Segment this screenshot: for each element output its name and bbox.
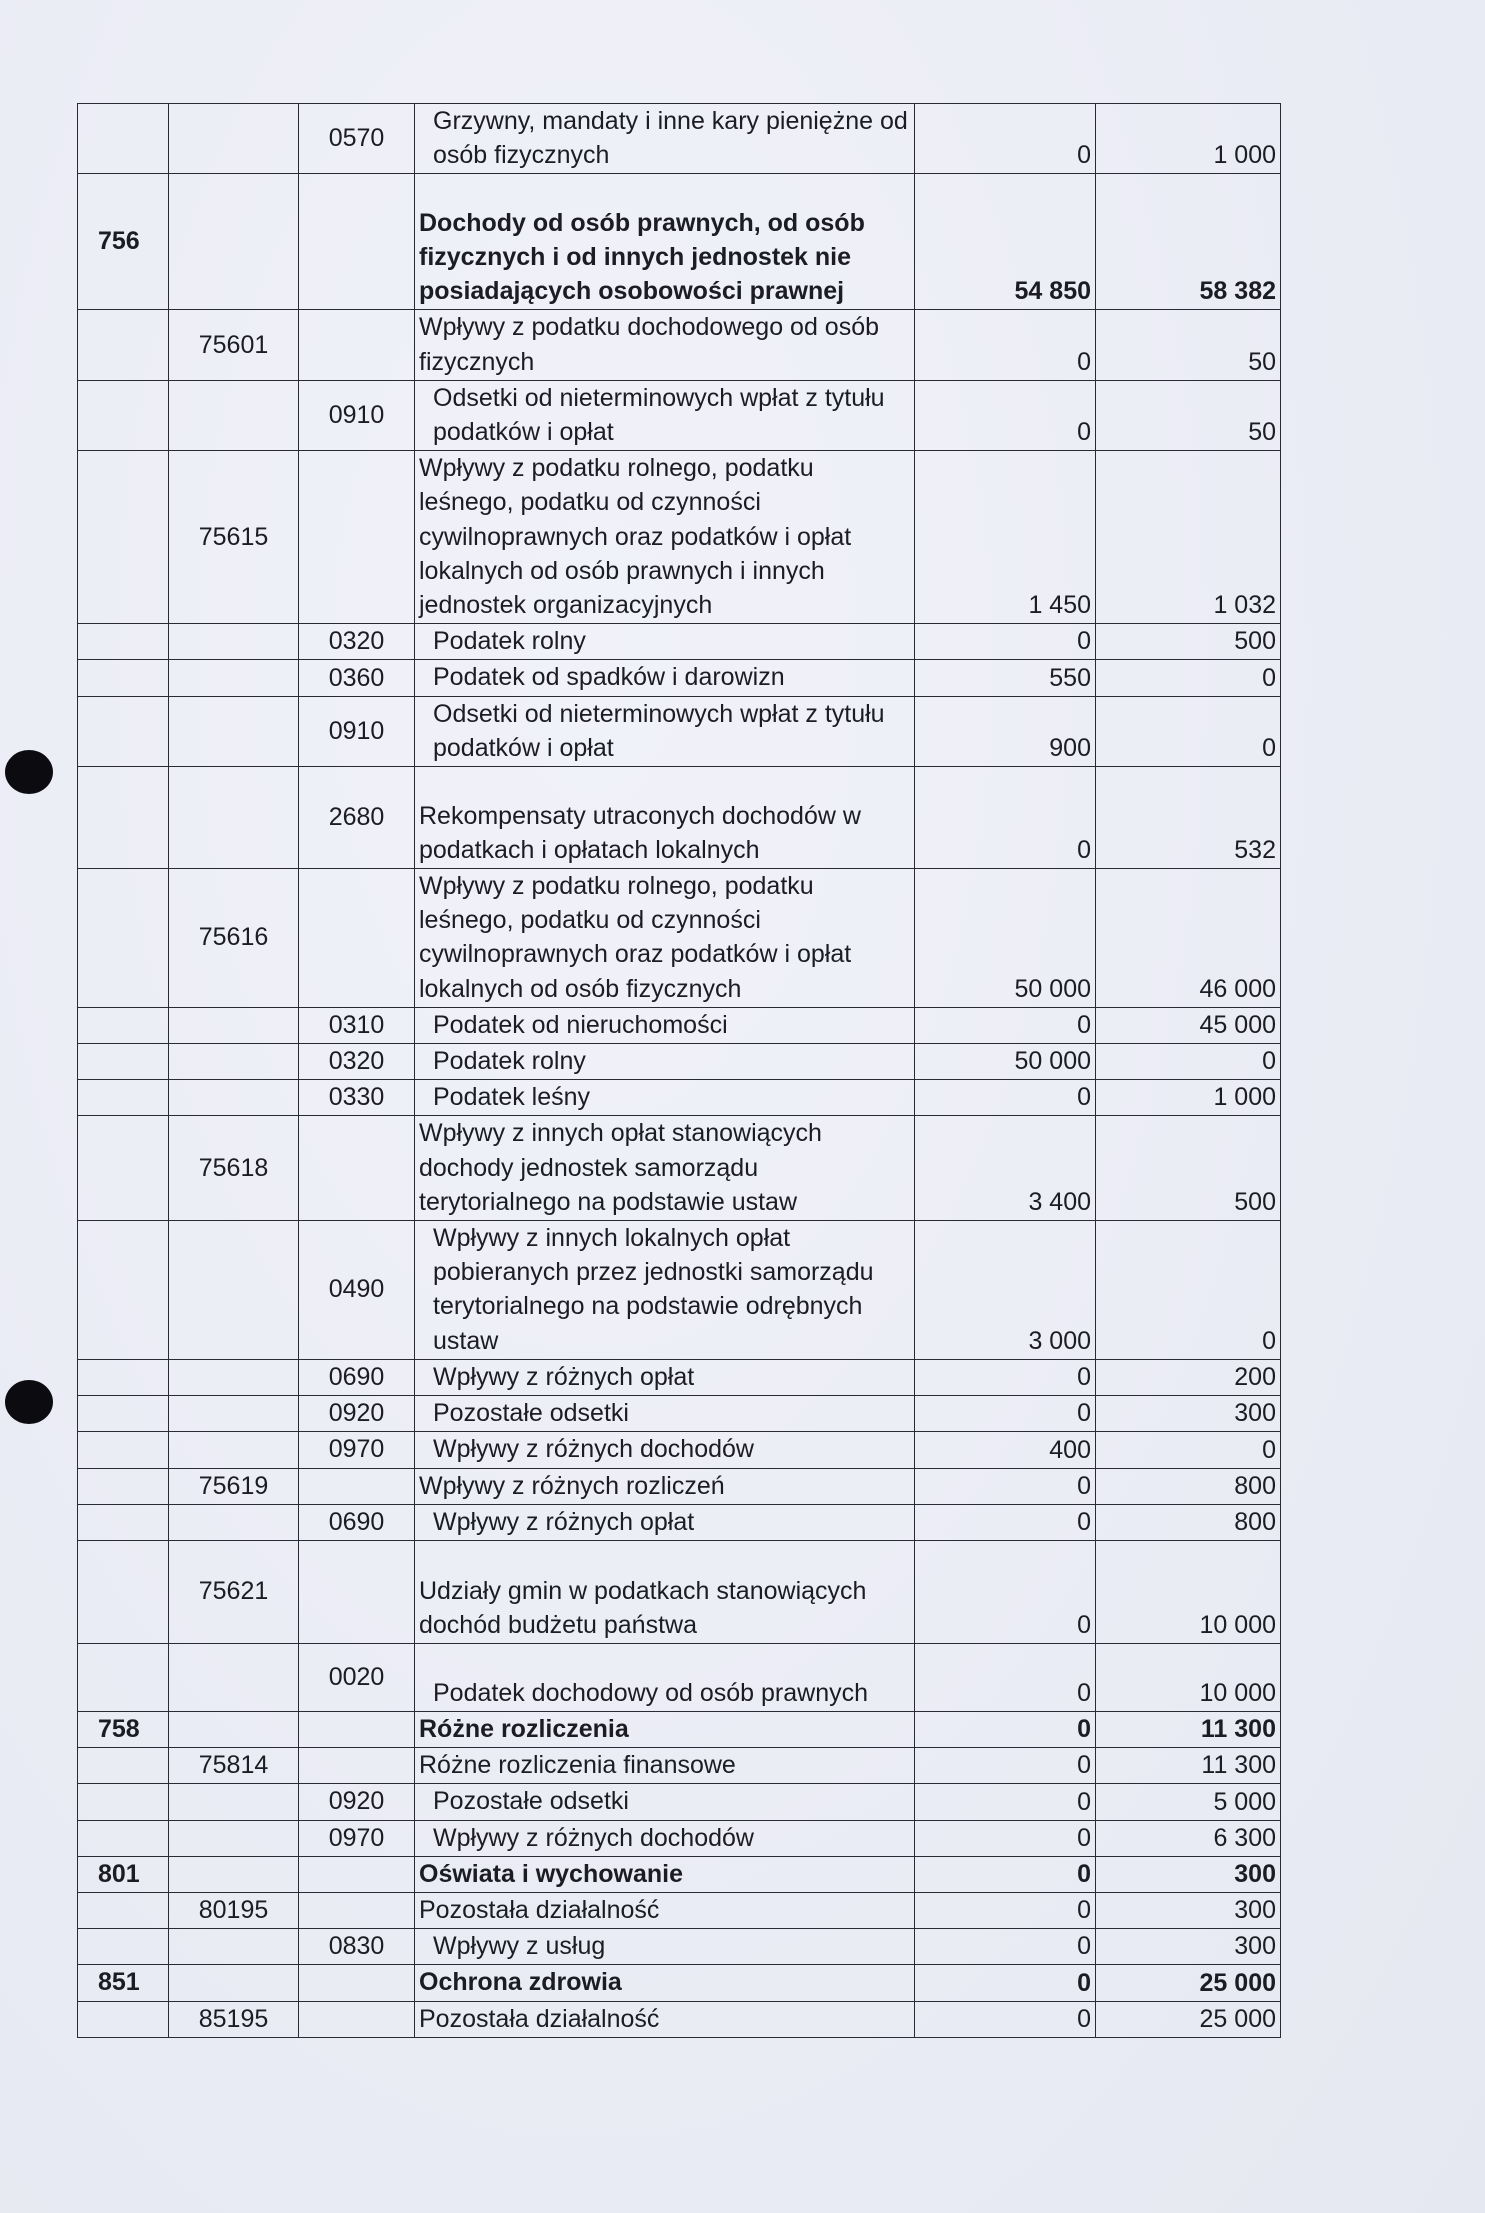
description-cell: Odsetki od nieterminowych wpłat z tytułu…: [415, 380, 915, 450]
table-row: 0830 Wpływy z usług 0 300: [78, 1929, 1281, 1965]
dzial-cell: [78, 1540, 169, 1643]
description-cell: Ochrona zdrowia: [415, 1965, 915, 2001]
description-cell: Wpływy z podatku rolnego, podatku leśneg…: [415, 869, 915, 1008]
rozdzial-cell: [169, 1820, 299, 1856]
paragraf-cell: 0570: [299, 104, 415, 174]
table-row: 75616 Wpływy z podatku rolnego, podatku …: [78, 869, 1281, 1008]
table-row: 0970 Wpływy z różnych dochodów 0 6 300: [78, 1820, 1281, 1856]
amount-increase-cell: 5 000: [1096, 1784, 1281, 1820]
amount-increase-cell: 25 000: [1096, 2001, 1281, 2037]
amount-increase-cell: 300: [1096, 1396, 1281, 1432]
rozdzial-cell: [169, 1221, 299, 1360]
paragraf-cell: 0310: [299, 1007, 415, 1043]
description-cell: Oświata i wychowanie: [415, 1856, 915, 1892]
amount-increase-cell: 11 300: [1096, 1748, 1281, 1784]
rozdzial-cell: [169, 1007, 299, 1043]
dzial-cell: [78, 1432, 169, 1468]
rozdzial-cell: 75619: [169, 1468, 299, 1504]
paragraf-cell: 0330: [299, 1080, 415, 1116]
amount-decrease-cell: 0: [915, 1784, 1096, 1820]
description-cell: Wpływy z innych opłat stanowiących docho…: [415, 1116, 915, 1221]
description-text: Udziały gmin w podatkach stanowiących do…: [419, 1577, 866, 1639]
dzial-cell: [78, 767, 169, 869]
dzial-cell: [78, 1007, 169, 1043]
table-row: 0910 Odsetki od nieterminowych wpłat z t…: [78, 380, 1281, 450]
description-cell: Podatek dochodowy od osób prawnych: [415, 1643, 915, 1711]
table-row: 0310 Podatek od nieruchomości 0 45 000: [78, 1007, 1281, 1043]
amount-increase-cell: 10 000: [1096, 1540, 1281, 1643]
dzial-cell: [78, 380, 169, 450]
paragraf-cell: [299, 1116, 415, 1221]
table-row: 75619 Wpływy z różnych rozliczeń 0 800: [78, 1468, 1281, 1504]
table-row: 851 Ochrona zdrowia 0 25 000: [78, 1965, 1281, 2001]
amount-decrease-cell: 0: [915, 2001, 1096, 2037]
description-cell: Różne rozliczenia finansowe: [415, 1748, 915, 1784]
description-cell: Podatek leśny: [415, 1080, 915, 1116]
paragraf-cell: 0360: [299, 660, 415, 696]
dzial-cell: [78, 624, 169, 660]
table-row: 2680 Rekompensaty utraconych dochodów w …: [78, 767, 1281, 869]
rozdzial-cell: [169, 624, 299, 660]
paragraf-cell: 0970: [299, 1432, 415, 1468]
table-row: 756 Dochody od osób prawnych, od osób fi…: [78, 174, 1281, 310]
dzial-cell: [78, 1396, 169, 1432]
rozdzial-cell: [169, 1044, 299, 1080]
amount-decrease-cell: 0: [915, 1965, 1096, 2001]
description-cell: Podatek od spadków i darowizn: [415, 660, 915, 696]
description-cell: Grzywny, mandaty i inne kary pieniężne o…: [415, 104, 915, 174]
dzial-cell: [78, 310, 169, 380]
description-cell: Podatek od nieruchomości: [415, 1007, 915, 1043]
description-text: Pozostała działalność: [419, 1896, 659, 1924]
dzial-cell: [78, 869, 169, 1008]
table-row: 0320 Podatek rolny 0 500: [78, 624, 1281, 660]
rozdzial-cell: [169, 1432, 299, 1468]
amount-increase-cell: 800: [1096, 1504, 1281, 1540]
dzial-cell: [78, 1116, 169, 1221]
amount-increase-cell: 25 000: [1096, 1965, 1281, 2001]
table-row: 0020 Podatek dochodowy od osób prawnych …: [78, 1643, 1281, 1711]
amount-increase-cell: 500: [1096, 624, 1281, 660]
paragraf-cell: [299, 2001, 415, 2037]
dzial-cell: [78, 1468, 169, 1504]
budget-revenue-table: 0570 Grzywny, mandaty i inne kary pienię…: [77, 103, 1281, 2038]
description-cell: Wpływy z różnych dochodów: [415, 1432, 915, 1468]
rozdzial-cell: [169, 1359, 299, 1395]
dzial-cell: [78, 2001, 169, 2037]
amount-decrease-cell: 0: [915, 1856, 1096, 1892]
description-text: Pozostałe odsetki: [419, 1396, 629, 1430]
amount-decrease-cell: 3 400: [915, 1116, 1096, 1221]
rozdzial-cell: [169, 1643, 299, 1711]
rozdzial-cell: 75618: [169, 1116, 299, 1221]
paragraf-cell: 0690: [299, 1359, 415, 1395]
description-text: Odsetki od nieterminowych wpłat z tytułu…: [419, 697, 910, 765]
amount-increase-cell: 0: [1096, 660, 1281, 696]
table-body: 0570 Grzywny, mandaty i inne kary pienię…: [78, 104, 1281, 2038]
amount-increase-cell: 300: [1096, 1892, 1281, 1928]
amount-decrease-cell: 1 450: [915, 451, 1096, 624]
paragraf-cell: 0910: [299, 696, 415, 766]
dzial-cell: [78, 660, 169, 696]
dzial-cell: [78, 1504, 169, 1540]
description-text: Wpływy z różnych dochodów: [419, 1821, 754, 1855]
punch-hole-top: [5, 750, 53, 794]
description-text: Odsetki od nieterminowych wpłat z tytułu…: [419, 381, 910, 449]
amount-decrease-cell: 0: [915, 1468, 1096, 1504]
description-text: Wpływy z różnych rozliczeń: [419, 1472, 725, 1500]
description-text: Różne rozliczenia: [419, 1715, 629, 1743]
table-row: 75618 Wpływy z innych opłat stanowiących…: [78, 1116, 1281, 1221]
amount-decrease-cell: 0: [915, 1080, 1096, 1116]
description-text: Wpływy z innych opłat stanowiących docho…: [419, 1119, 822, 1215]
amount-decrease-cell: 0: [915, 1643, 1096, 1711]
amount-increase-cell: 200: [1096, 1359, 1281, 1395]
dzial-cell: [78, 451, 169, 624]
rozdzial-cell: [169, 1784, 299, 1820]
description-text: Podatek od spadków i darowizn: [419, 660, 785, 694]
dzial-cell: 851: [78, 1965, 169, 2001]
amount-decrease-cell: 0: [915, 104, 1096, 174]
rozdzial-cell: 75621: [169, 1540, 299, 1643]
table-row: 0360 Podatek od spadków i darowizn 550 0: [78, 660, 1281, 696]
amount-increase-cell: 0: [1096, 1221, 1281, 1360]
table-row: 80195 Pozostała działalność 0 300: [78, 1892, 1281, 1928]
paragraf-cell: 0970: [299, 1820, 415, 1856]
table-row: 75814 Różne rozliczenia finansowe 0 11 3…: [78, 1748, 1281, 1784]
amount-decrease-cell: 0: [915, 1540, 1096, 1643]
description-cell: Wpływy z różnych rozliczeń: [415, 1468, 915, 1504]
table-row: 758 Różne rozliczenia 0 11 300: [78, 1711, 1281, 1747]
amount-increase-cell: 45 000: [1096, 1007, 1281, 1043]
paragraf-cell: 0910: [299, 380, 415, 450]
amount-decrease-cell: 0: [915, 1396, 1096, 1432]
description-text: Wpływy z podatku rolnego, podatku leśneg…: [419, 454, 851, 619]
amount-decrease-cell: 0: [915, 1007, 1096, 1043]
description-text: Podatek leśny: [419, 1080, 590, 1114]
paragraf-cell: 0320: [299, 1044, 415, 1080]
dzial-cell: [78, 1044, 169, 1080]
description-text: Wpływy z różnych opłat: [419, 1505, 694, 1539]
punch-hole-bottom: [5, 1380, 53, 1424]
table-row: 0330 Podatek leśny 0 1 000: [78, 1080, 1281, 1116]
table-row: 801 Oświata i wychowanie 0 300: [78, 1856, 1281, 1892]
amount-increase-cell: 300: [1096, 1856, 1281, 1892]
amount-increase-cell: 1 032: [1096, 451, 1281, 624]
amount-increase-cell: 10 000: [1096, 1643, 1281, 1711]
description-cell: Pozostałe odsetki: [415, 1784, 915, 1820]
amount-increase-cell: 50: [1096, 310, 1281, 380]
amount-decrease-cell: 550: [915, 660, 1096, 696]
amount-increase-cell: 0: [1096, 1432, 1281, 1468]
amount-increase-cell: 46 000: [1096, 869, 1281, 1008]
description-text: Ochrona zdrowia: [419, 1968, 622, 1996]
description-text: Różne rozliczenia finansowe: [419, 1751, 736, 1779]
amount-decrease-cell: 400: [915, 1432, 1096, 1468]
paragraf-cell: [299, 1711, 415, 1747]
amount-decrease-cell: 0: [915, 767, 1096, 869]
paragraf-cell: 0490: [299, 1221, 415, 1360]
amount-decrease-cell: 3 000: [915, 1221, 1096, 1360]
amount-increase-cell: 532: [1096, 767, 1281, 869]
dzial-cell: 758: [78, 1711, 169, 1747]
amount-increase-cell: 1 000: [1096, 104, 1281, 174]
description-text: Podatek rolny: [419, 624, 586, 658]
description-cell: Podatek rolny: [415, 624, 915, 660]
description-text: Grzywny, mandaty i inne kary pieniężne o…: [419, 104, 910, 172]
paragraf-cell: [299, 1540, 415, 1643]
description-text: Wpływy z podatku rolnego, podatku leśneg…: [419, 872, 851, 1003]
description-text: Oświata i wychowanie: [419, 1860, 683, 1888]
rozdzial-cell: [169, 1965, 299, 2001]
paragraf-cell: [299, 869, 415, 1008]
rozdzial-cell: 85195: [169, 2001, 299, 2037]
description-cell: Wpływy z innych lokalnych opłat pobieran…: [415, 1221, 915, 1360]
rozdzial-cell: [169, 660, 299, 696]
amount-decrease-cell: 0: [915, 624, 1096, 660]
amount-decrease-cell: 0: [915, 380, 1096, 450]
amount-increase-cell: 11 300: [1096, 1711, 1281, 1747]
description-cell: Rekompensaty utraconych dochodów w podat…: [415, 767, 915, 869]
dzial-cell: 801: [78, 1856, 169, 1892]
paragraf-cell: [299, 1892, 415, 1928]
table-row: 0920 Pozostałe odsetki 0 300: [78, 1396, 1281, 1432]
paragraf-cell: [299, 310, 415, 380]
description-cell: Wpływy z usług: [415, 1929, 915, 1965]
description-cell: Pozostała działalność: [415, 1892, 915, 1928]
amount-increase-cell: 800: [1096, 1468, 1281, 1504]
dzial-cell: [78, 1359, 169, 1395]
rozdzial-cell: 75615: [169, 451, 299, 624]
table-row: 0910 Odsetki od nieterminowych wpłat z t…: [78, 696, 1281, 766]
description-text: Podatek rolny: [419, 1044, 586, 1078]
table-row: 75621 Udziały gmin w podatkach stanowiąc…: [78, 1540, 1281, 1643]
paragraf-cell: [299, 1965, 415, 2001]
description-text: Podatek od nieruchomości: [419, 1008, 728, 1042]
paragraf-cell: 0920: [299, 1396, 415, 1432]
amount-decrease-cell: 0: [915, 1820, 1096, 1856]
amount-decrease-cell: 0: [915, 1504, 1096, 1540]
rozdzial-cell: [169, 1396, 299, 1432]
amount-decrease-cell: 0: [915, 310, 1096, 380]
description-cell: Różne rozliczenia: [415, 1711, 915, 1747]
amount-increase-cell: 58 382: [1096, 174, 1281, 310]
dzial-cell: [78, 1643, 169, 1711]
description-cell: Pozostała działalność: [415, 2001, 915, 2037]
table-row: 85195 Pozostała działalność 0 25 000: [78, 2001, 1281, 2037]
dzial-cell: [78, 104, 169, 174]
rozdzial-cell: [169, 104, 299, 174]
paragraf-cell: 0020: [299, 1643, 415, 1711]
paragraf-cell: 2680: [299, 767, 415, 869]
paragraf-cell: 0830: [299, 1929, 415, 1965]
rozdzial-cell: [169, 1711, 299, 1747]
amount-increase-cell: 6 300: [1096, 1820, 1281, 1856]
table-row: 0690 Wpływy z różnych opłat 0 200: [78, 1359, 1281, 1395]
paragraf-cell: 0690: [299, 1504, 415, 1540]
dzial-cell: [78, 1929, 169, 1965]
paragraf-cell: 0320: [299, 624, 415, 660]
rozdzial-cell: 75601: [169, 310, 299, 380]
amount-increase-cell: 1 000: [1096, 1080, 1281, 1116]
rozdzial-cell: 80195: [169, 1892, 299, 1928]
rozdzial-cell: [169, 174, 299, 310]
amount-decrease-cell: 0: [915, 1711, 1096, 1747]
amount-decrease-cell: 0: [915, 1892, 1096, 1928]
paragraf-cell: [299, 451, 415, 624]
amount-increase-cell: 300: [1096, 1929, 1281, 1965]
description-text: Dochody od osób prawnych, od osób fizycz…: [419, 209, 865, 305]
dzial-cell: [78, 1784, 169, 1820]
description-cell: Wpływy z podatku dochodowego od osób fiz…: [415, 310, 915, 380]
paragraf-cell: [299, 174, 415, 310]
description-cell: Pozostałe odsetki: [415, 1396, 915, 1432]
rozdzial-cell: 75814: [169, 1748, 299, 1784]
description-text: Wpływy z różnych opłat: [419, 1360, 694, 1394]
description-text: Wpływy z podatku dochodowego od osób fiz…: [419, 313, 879, 375]
rozdzial-cell: [169, 1504, 299, 1540]
amount-decrease-cell: 50 000: [915, 1044, 1096, 1080]
paragraf-cell: 0920: [299, 1784, 415, 1820]
dzial-cell: [78, 696, 169, 766]
description-cell: Podatek rolny: [415, 1044, 915, 1080]
description-text: Pozostała działalność: [419, 2005, 659, 2033]
description-text: Wpływy z różnych dochodów: [419, 1432, 754, 1466]
dzial-cell: [78, 1892, 169, 1928]
rozdzial-cell: [169, 696, 299, 766]
paragraf-cell: [299, 1748, 415, 1784]
rozdzial-cell: [169, 1856, 299, 1892]
paragraf-cell: [299, 1468, 415, 1504]
dzial-cell: [78, 1080, 169, 1116]
table-row: 0690 Wpływy z różnych opłat 0 800: [78, 1504, 1281, 1540]
rozdzial-cell: [169, 767, 299, 869]
amount-increase-cell: 500: [1096, 1116, 1281, 1221]
description-cell: Dochody od osób prawnych, od osób fizycz…: [415, 174, 915, 310]
table-row: 0570 Grzywny, mandaty i inne kary pienię…: [78, 104, 1281, 174]
amount-increase-cell: 0: [1096, 696, 1281, 766]
table-row: 0320 Podatek rolny 50 000 0: [78, 1044, 1281, 1080]
description-cell: Wpływy z różnych opłat: [415, 1504, 915, 1540]
table-row: 75615 Wpływy z podatku rolnego, podatku …: [78, 451, 1281, 624]
description-text: Pozostałe odsetki: [419, 1784, 629, 1818]
amount-decrease-cell: 54 850: [915, 174, 1096, 310]
description-cell: Odsetki od nieterminowych wpłat z tytułu…: [415, 696, 915, 766]
description-text: Wpływy z usług: [419, 1929, 605, 1963]
rozdzial-cell: [169, 380, 299, 450]
table-row: 75601 Wpływy z podatku dochodowego od os…: [78, 310, 1281, 380]
amount-increase-cell: 50: [1096, 380, 1281, 450]
amount-decrease-cell: 50 000: [915, 869, 1096, 1008]
rozdzial-cell: [169, 1080, 299, 1116]
dzial-cell: [78, 1820, 169, 1856]
table-row: 0970 Wpływy z różnych dochodów 400 0: [78, 1432, 1281, 1468]
description-text: Podatek dochodowy od osób prawnych: [419, 1676, 868, 1710]
paragraf-cell: [299, 1856, 415, 1892]
amount-increase-cell: 0: [1096, 1044, 1281, 1080]
dzial-cell: 756: [78, 174, 169, 310]
amount-decrease-cell: 0: [915, 1748, 1096, 1784]
rozdzial-cell: 75616: [169, 869, 299, 1008]
amount-decrease-cell: 0: [915, 1929, 1096, 1965]
dzial-cell: [78, 1221, 169, 1360]
amount-decrease-cell: 900: [915, 696, 1096, 766]
table-row: 0490 Wpływy z innych lokalnych opłat pob…: [78, 1221, 1281, 1360]
description-cell: Wpływy z różnych opłat: [415, 1359, 915, 1395]
description-text: Wpływy z innych lokalnych opłat pobieran…: [419, 1221, 910, 1358]
rozdzial-cell: [169, 1929, 299, 1965]
description-cell: Udziały gmin w podatkach stanowiących do…: [415, 1540, 915, 1643]
description-text: Rekompensaty utraconych dochodów w podat…: [419, 802, 861, 864]
amount-decrease-cell: 0: [915, 1359, 1096, 1395]
description-cell: Wpływy z różnych dochodów: [415, 1820, 915, 1856]
table-row: 0920 Pozostałe odsetki 0 5 000: [78, 1784, 1281, 1820]
description-cell: Wpływy z podatku rolnego, podatku leśneg…: [415, 451, 915, 624]
dzial-cell: [78, 1748, 169, 1784]
